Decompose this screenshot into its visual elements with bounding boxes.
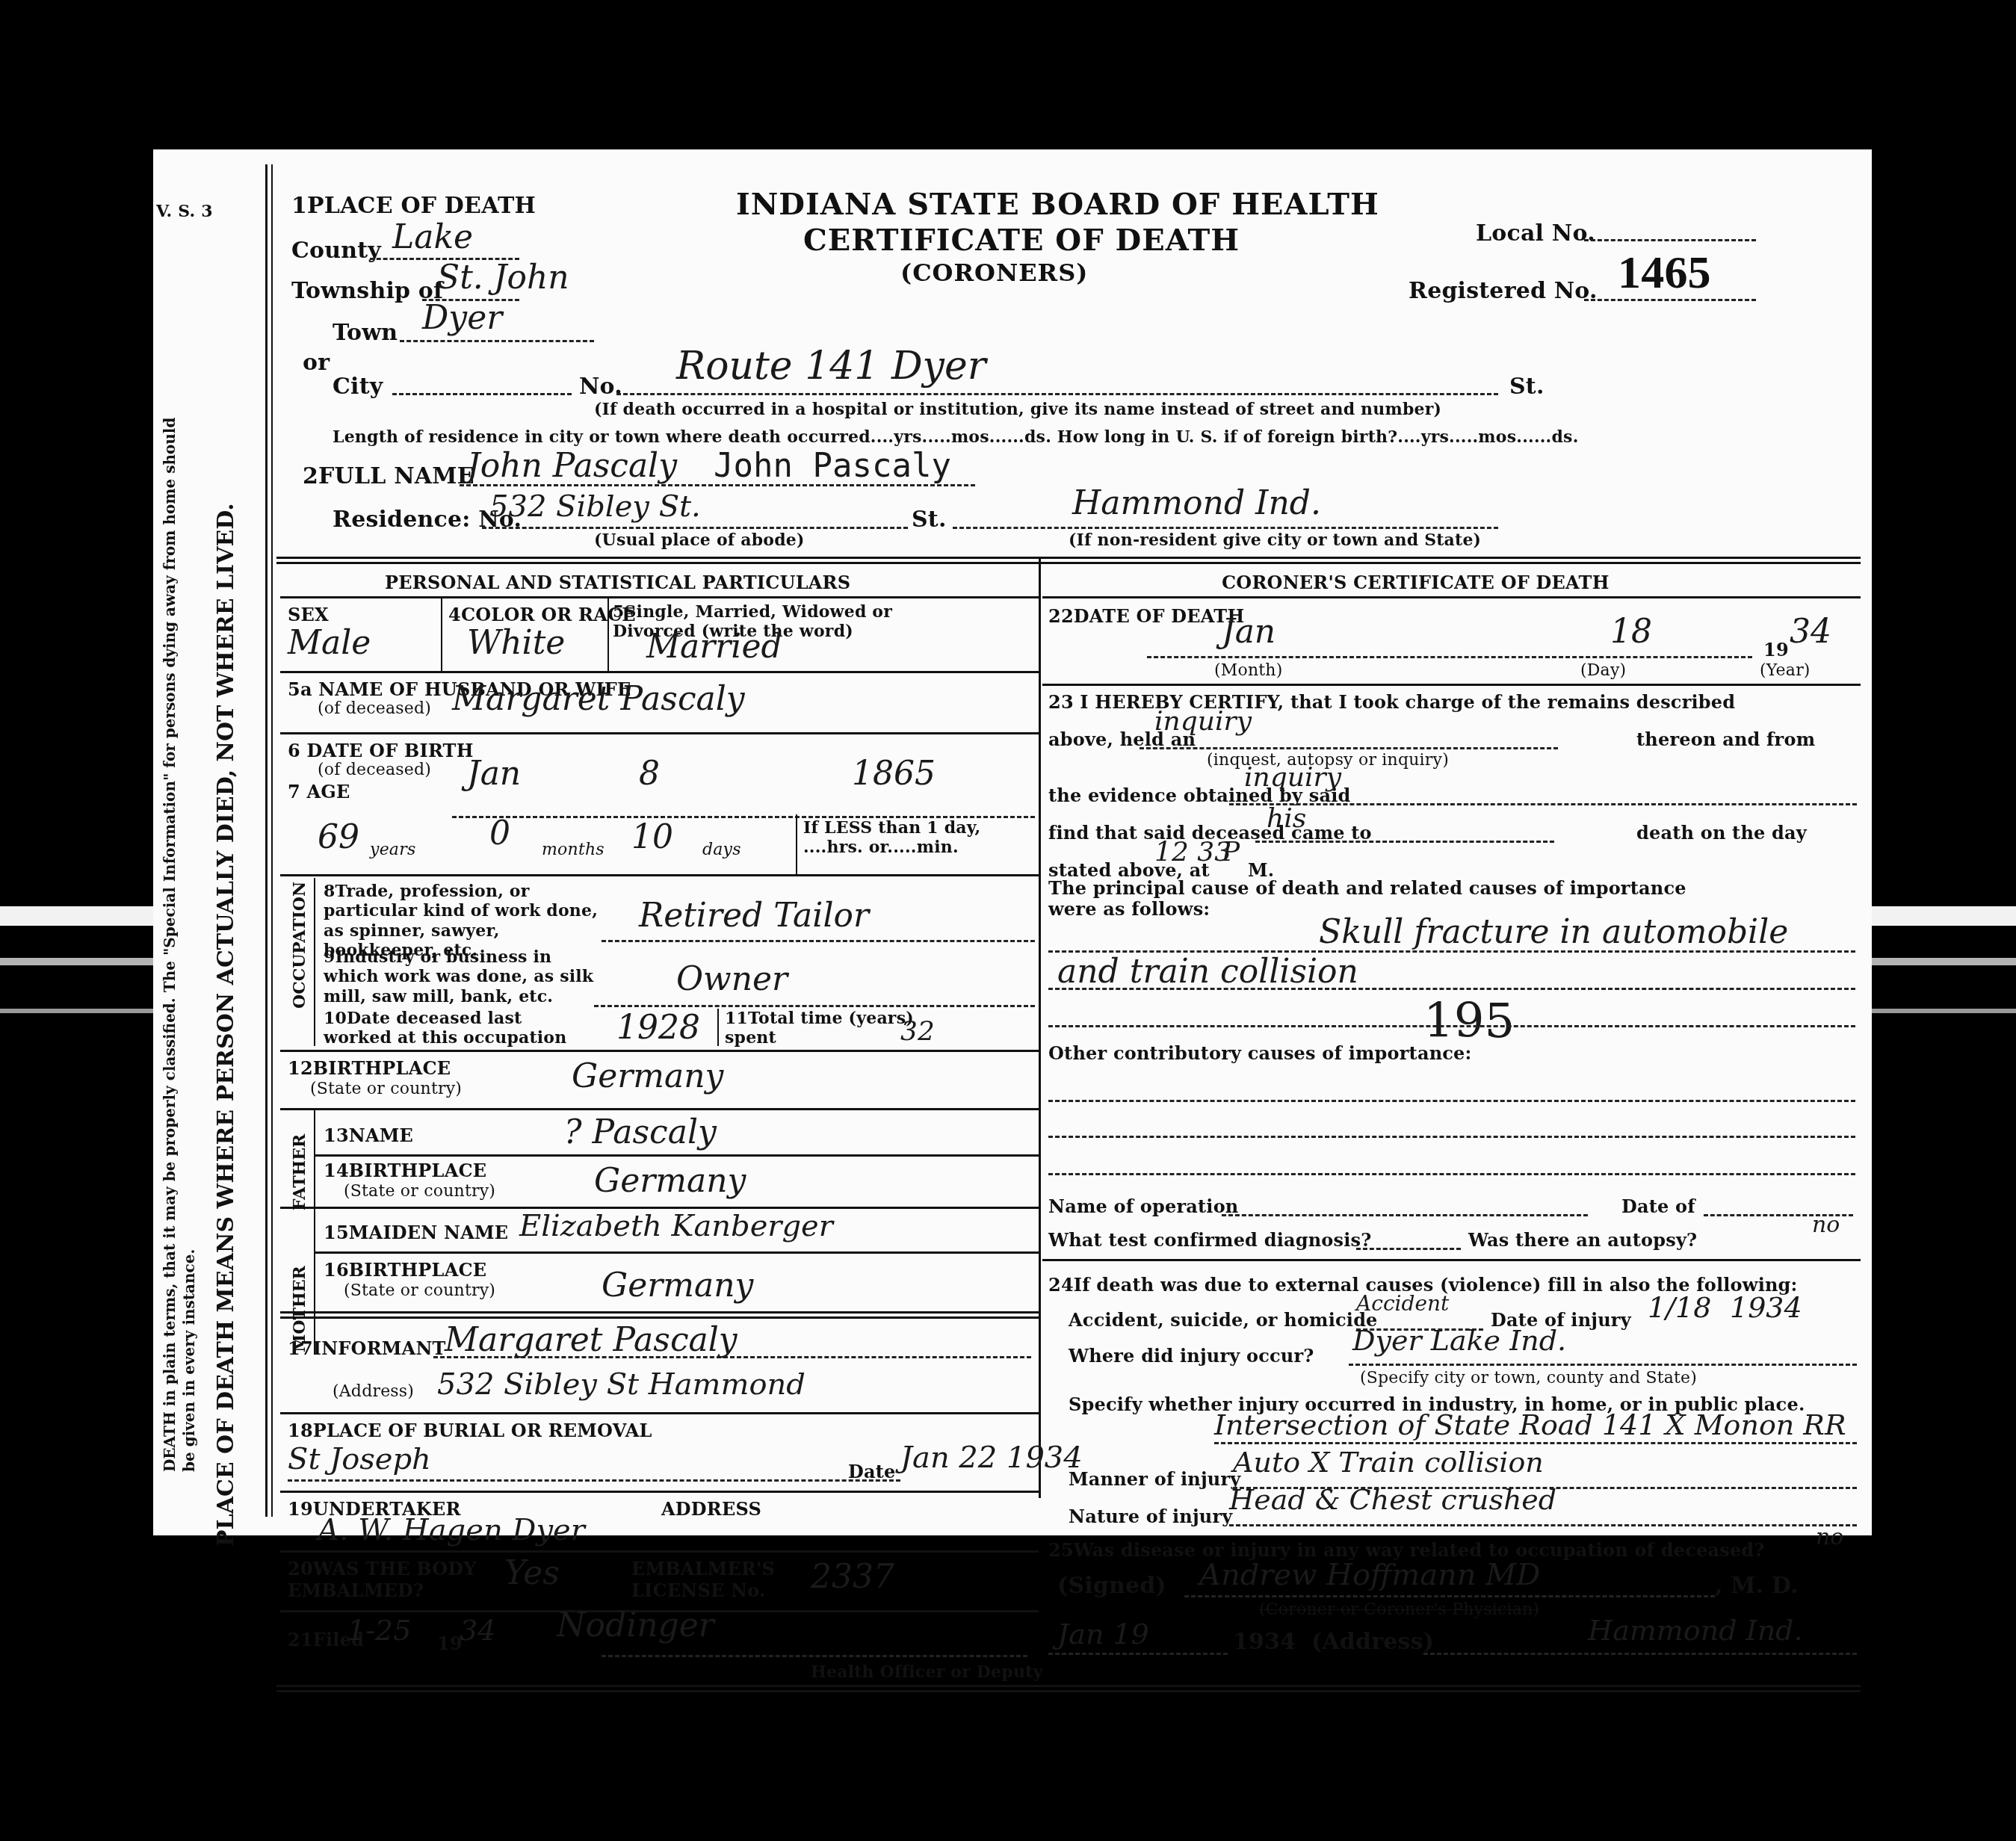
industry-label: 9Industry or business in which work was … [324, 947, 607, 1006]
cause-line-1: Skull fracture in automobile [1319, 913, 1788, 951]
filed-date-value: 1-25 [347, 1614, 411, 1647]
mother-birthplace-label: 16BIRTHPLACE [324, 1259, 486, 1281]
registered-number: 1465 [1618, 247, 1711, 300]
coroner-signature: Andrew Hoffmann MD [1199, 1558, 1540, 1592]
age-years: 69 [318, 818, 359, 856]
margin-place-note: PLACE OF DEATH MEANS WHERE PERSON ACTUAL… [213, 503, 239, 1547]
day-label: (Day) [1580, 661, 1626, 680]
place-of-death-label: 1PLACE OF DEATH [291, 193, 536, 219]
burial-label: 18PLACE OF BURIAL OR REMOVAL [288, 1420, 652, 1441]
city-label: City [333, 374, 383, 400]
year-label: (Year) [1760, 661, 1811, 680]
father-name-value: ? Pascaly [564, 1113, 717, 1151]
time-ampm-value: P [1222, 837, 1240, 867]
death-year-value: 34 [1790, 613, 1831, 651]
sex-value: Male [288, 624, 371, 662]
sign-year-value: 1934 [1233, 1629, 1296, 1655]
residence-value: 532 Sibley St. [489, 489, 701, 524]
date-of-label: Date of [1621, 1195, 1695, 1217]
father-birthplace-value: Germany [594, 1162, 746, 1200]
industry-value: Owner [676, 960, 788, 998]
health-officer-signature: Nodinger [557, 1606, 714, 1644]
years-label: years [370, 841, 415, 859]
date-of-death-label: 22DATE OF DEATH [1048, 605, 1244, 627]
dob-label: 6 DATE OF BIRTH [288, 740, 474, 761]
autopsy-label: Was there an autopsy? [1468, 1229, 1697, 1251]
embalmed-value: Yes [504, 1554, 560, 1592]
residence-st-label: St. [912, 507, 947, 533]
birthplace-label: 12BIRTHPLACE [288, 1057, 451, 1079]
town-value: Dyer [422, 299, 502, 337]
nature-value: Head & Chest crushed [1229, 1483, 1556, 1516]
marital-value: Married [646, 628, 782, 666]
certify-text: 23 I HEREBY CERTIFY, that I took charge … [1048, 691, 1735, 713]
form-id: V. S. 3 [156, 202, 213, 221]
race-value: White [467, 624, 565, 662]
town-label: Town [333, 320, 398, 346]
injury-date-value: 1/18 [1648, 1291, 1711, 1324]
father-name-label: 13NAME [324, 1124, 413, 1146]
last-worked-value: 1928 [616, 1009, 700, 1047]
certificate-title: CERTIFICATE OF DEATH [803, 223, 1240, 258]
evidence-value: inquiry [1244, 762, 1341, 793]
sex-label: SEX [288, 604, 329, 625]
burial-date-label: Date [848, 1461, 896, 1482]
last-worked-label: 10Date deceased last worked at this occu… [324, 1009, 570, 1048]
dob-month: Jan [467, 755, 521, 793]
birthplace-sublabel: (State or country) [310, 1080, 462, 1098]
embalmed-label: 20WAS THE BODY EMBALMED? [288, 1558, 482, 1601]
certificate-subtitle: (CORONERS) [900, 259, 1088, 287]
informant-value: Margaret Pascaly [445, 1321, 738, 1359]
time-value: 12 33 [1154, 837, 1231, 867]
where-note: (Specify city or town, county and State) [1360, 1369, 1697, 1387]
manner-value: Auto X Train collision [1233, 1446, 1544, 1479]
personal-section-title: PERSONAL AND STATISTICAL PARTICULARS [385, 572, 850, 593]
birthplace-value: Germany [572, 1057, 723, 1095]
total-time-value: 32 [900, 1016, 935, 1047]
county-label: County [291, 238, 381, 264]
where-label: Where did injury occur? [1069, 1345, 1314, 1367]
dob-year: 1865 [852, 755, 936, 793]
days-label: days [702, 841, 741, 859]
abode-note: (Usual place of abode) [594, 530, 805, 550]
autopsy-value: no [1812, 1212, 1840, 1238]
thereon-label: thereon and from [1636, 728, 1815, 750]
residence-length-label: Length of residence in city or town wher… [333, 427, 1579, 447]
st-label: St. [1509, 374, 1545, 400]
months-label: months [542, 841, 605, 859]
father-birthplace-label: 14BIRTHPLACE [324, 1160, 486, 1181]
less-than-label: If LESS than 1 day, ....hrs. or.....min. [803, 818, 1035, 857]
dob-sublabel: (of deceased) [318, 761, 431, 779]
burial-value: St Joseph [288, 1442, 431, 1476]
sign-date-value: Jan 19 [1057, 1618, 1149, 1650]
street-value: Route 141 Dyer [676, 344, 986, 389]
informant-label: 17INFORMANT [288, 1337, 446, 1359]
father-birthplace-sublabel: (State or country) [344, 1182, 495, 1201]
cause-code: 195 [1423, 994, 1515, 1049]
other-causes-label: Other contributory causes of importance: [1048, 1042, 1472, 1064]
embalmer-license-label: EMBALMER'S LICENSE No. [631, 1558, 788, 1601]
mother-birthplace-sublabel: (State or country) [344, 1281, 495, 1300]
local-no-label: Local No. [1476, 220, 1595, 247]
nature-label: Nature of injury [1069, 1506, 1232, 1527]
dob-day: 8 [639, 755, 660, 793]
injury-year-value: 1934 [1730, 1291, 1802, 1324]
mother-maiden-value: Elizabeth Kanberger [519, 1209, 833, 1243]
full-name-label: 2FULL NAME [303, 463, 474, 489]
full-name-script: John Pascaly [467, 447, 677, 485]
full-name-print: John Pascaly [714, 447, 951, 485]
came-to-value: his [1267, 803, 1306, 834]
specify-value: Intersection of State Road 141 X Monon R… [1214, 1408, 1846, 1441]
township-value: St. John [437, 259, 569, 297]
filed-year-value: 34 [460, 1614, 495, 1647]
operation-label: Name of operation [1048, 1195, 1239, 1217]
undertaker-address-label: ADDRESS [661, 1498, 761, 1520]
nonresident-note: (If non-resident give city or town and S… [1069, 530, 1481, 550]
coroner-address-value: Hammond Ind. [1588, 1614, 1803, 1647]
mother-maiden-label: 15MAIDEN NAME [324, 1222, 508, 1243]
registered-no-label: Registered No. [1409, 278, 1598, 304]
margin-instruction-2: be given in every instance. [180, 1249, 198, 1472]
occupation-related-value: no [1816, 1524, 1843, 1550]
trade-value: Retired Tailor [639, 897, 869, 935]
spouse-sublabel: (of deceased) [318, 699, 431, 718]
death-day-value: 18 [1610, 613, 1652, 651]
death-day-label: death on the day [1636, 822, 1807, 844]
spouse-value: Margaret Pascaly [452, 680, 745, 718]
burial-date-value: Jan 22 1934 [900, 1441, 1083, 1475]
father-side-label: FATHER [290, 1134, 309, 1210]
signed-label: (Signed) [1057, 1573, 1166, 1599]
death-year-prefix: 19 [1763, 639, 1789, 660]
month-label: (Month) [1214, 661, 1283, 680]
hospital-note: (If death occurred in a hospital or inst… [594, 400, 1441, 419]
township-label: Township of [291, 278, 443, 304]
accident-value: Accident [1356, 1291, 1449, 1316]
coroner-note: (Coroner or Coroner's Physician) [1259, 1600, 1539, 1619]
informant-address-value: 532 Sibley St Hammond [437, 1367, 806, 1402]
occupation-side-label: OCCUPATION [290, 882, 309, 1009]
manner-label: Manner of injury [1069, 1468, 1240, 1490]
health-officer-label: Health Officer or Deputy [811, 1662, 1042, 1682]
residence-city-value: Hammond Ind. [1072, 484, 1321, 522]
accident-label: Accident, suicide, or homicide [1069, 1309, 1378, 1331]
county-value: Lake [392, 218, 473, 256]
embalmer-license-value: 2337 [811, 1558, 894, 1596]
total-time-label: 11Total time (years) spent [725, 1009, 919, 1048]
age-months: 0 [489, 814, 510, 853]
agency-title: INDIANA STATE BOARD OF HEALTH [736, 187, 1379, 222]
cause-line-2: and train collision [1057, 953, 1358, 991]
mother-birthplace-value: Germany [602, 1266, 753, 1305]
or-label: or [303, 350, 330, 376]
address-label: (Address) [1311, 1629, 1434, 1655]
filed-year-prefix: 19 [437, 1633, 463, 1654]
test-label: What test confirmed diagnosis? [1048, 1229, 1372, 1251]
undertaker-value: A. W. Hagen Dyer [318, 1513, 585, 1547]
informant-address-label: (Address) [333, 1382, 414, 1401]
coroner-section-title: CORONER'S CERTIFICATE OF DEATH [1222, 572, 1610, 593]
margin-instruction: DEATH in plain terms, that it may be pro… [161, 418, 179, 1472]
md-label: , M. D. [1715, 1573, 1799, 1599]
street-no-label: No. [579, 374, 622, 400]
held-an-value: inquiry [1154, 706, 1252, 737]
where-value: Dyer Lake Ind. [1352, 1324, 1566, 1357]
death-month-value: Jan [1222, 613, 1276, 651]
age-days: 10 [631, 818, 673, 856]
age-label: 7 AGE [288, 781, 350, 802]
